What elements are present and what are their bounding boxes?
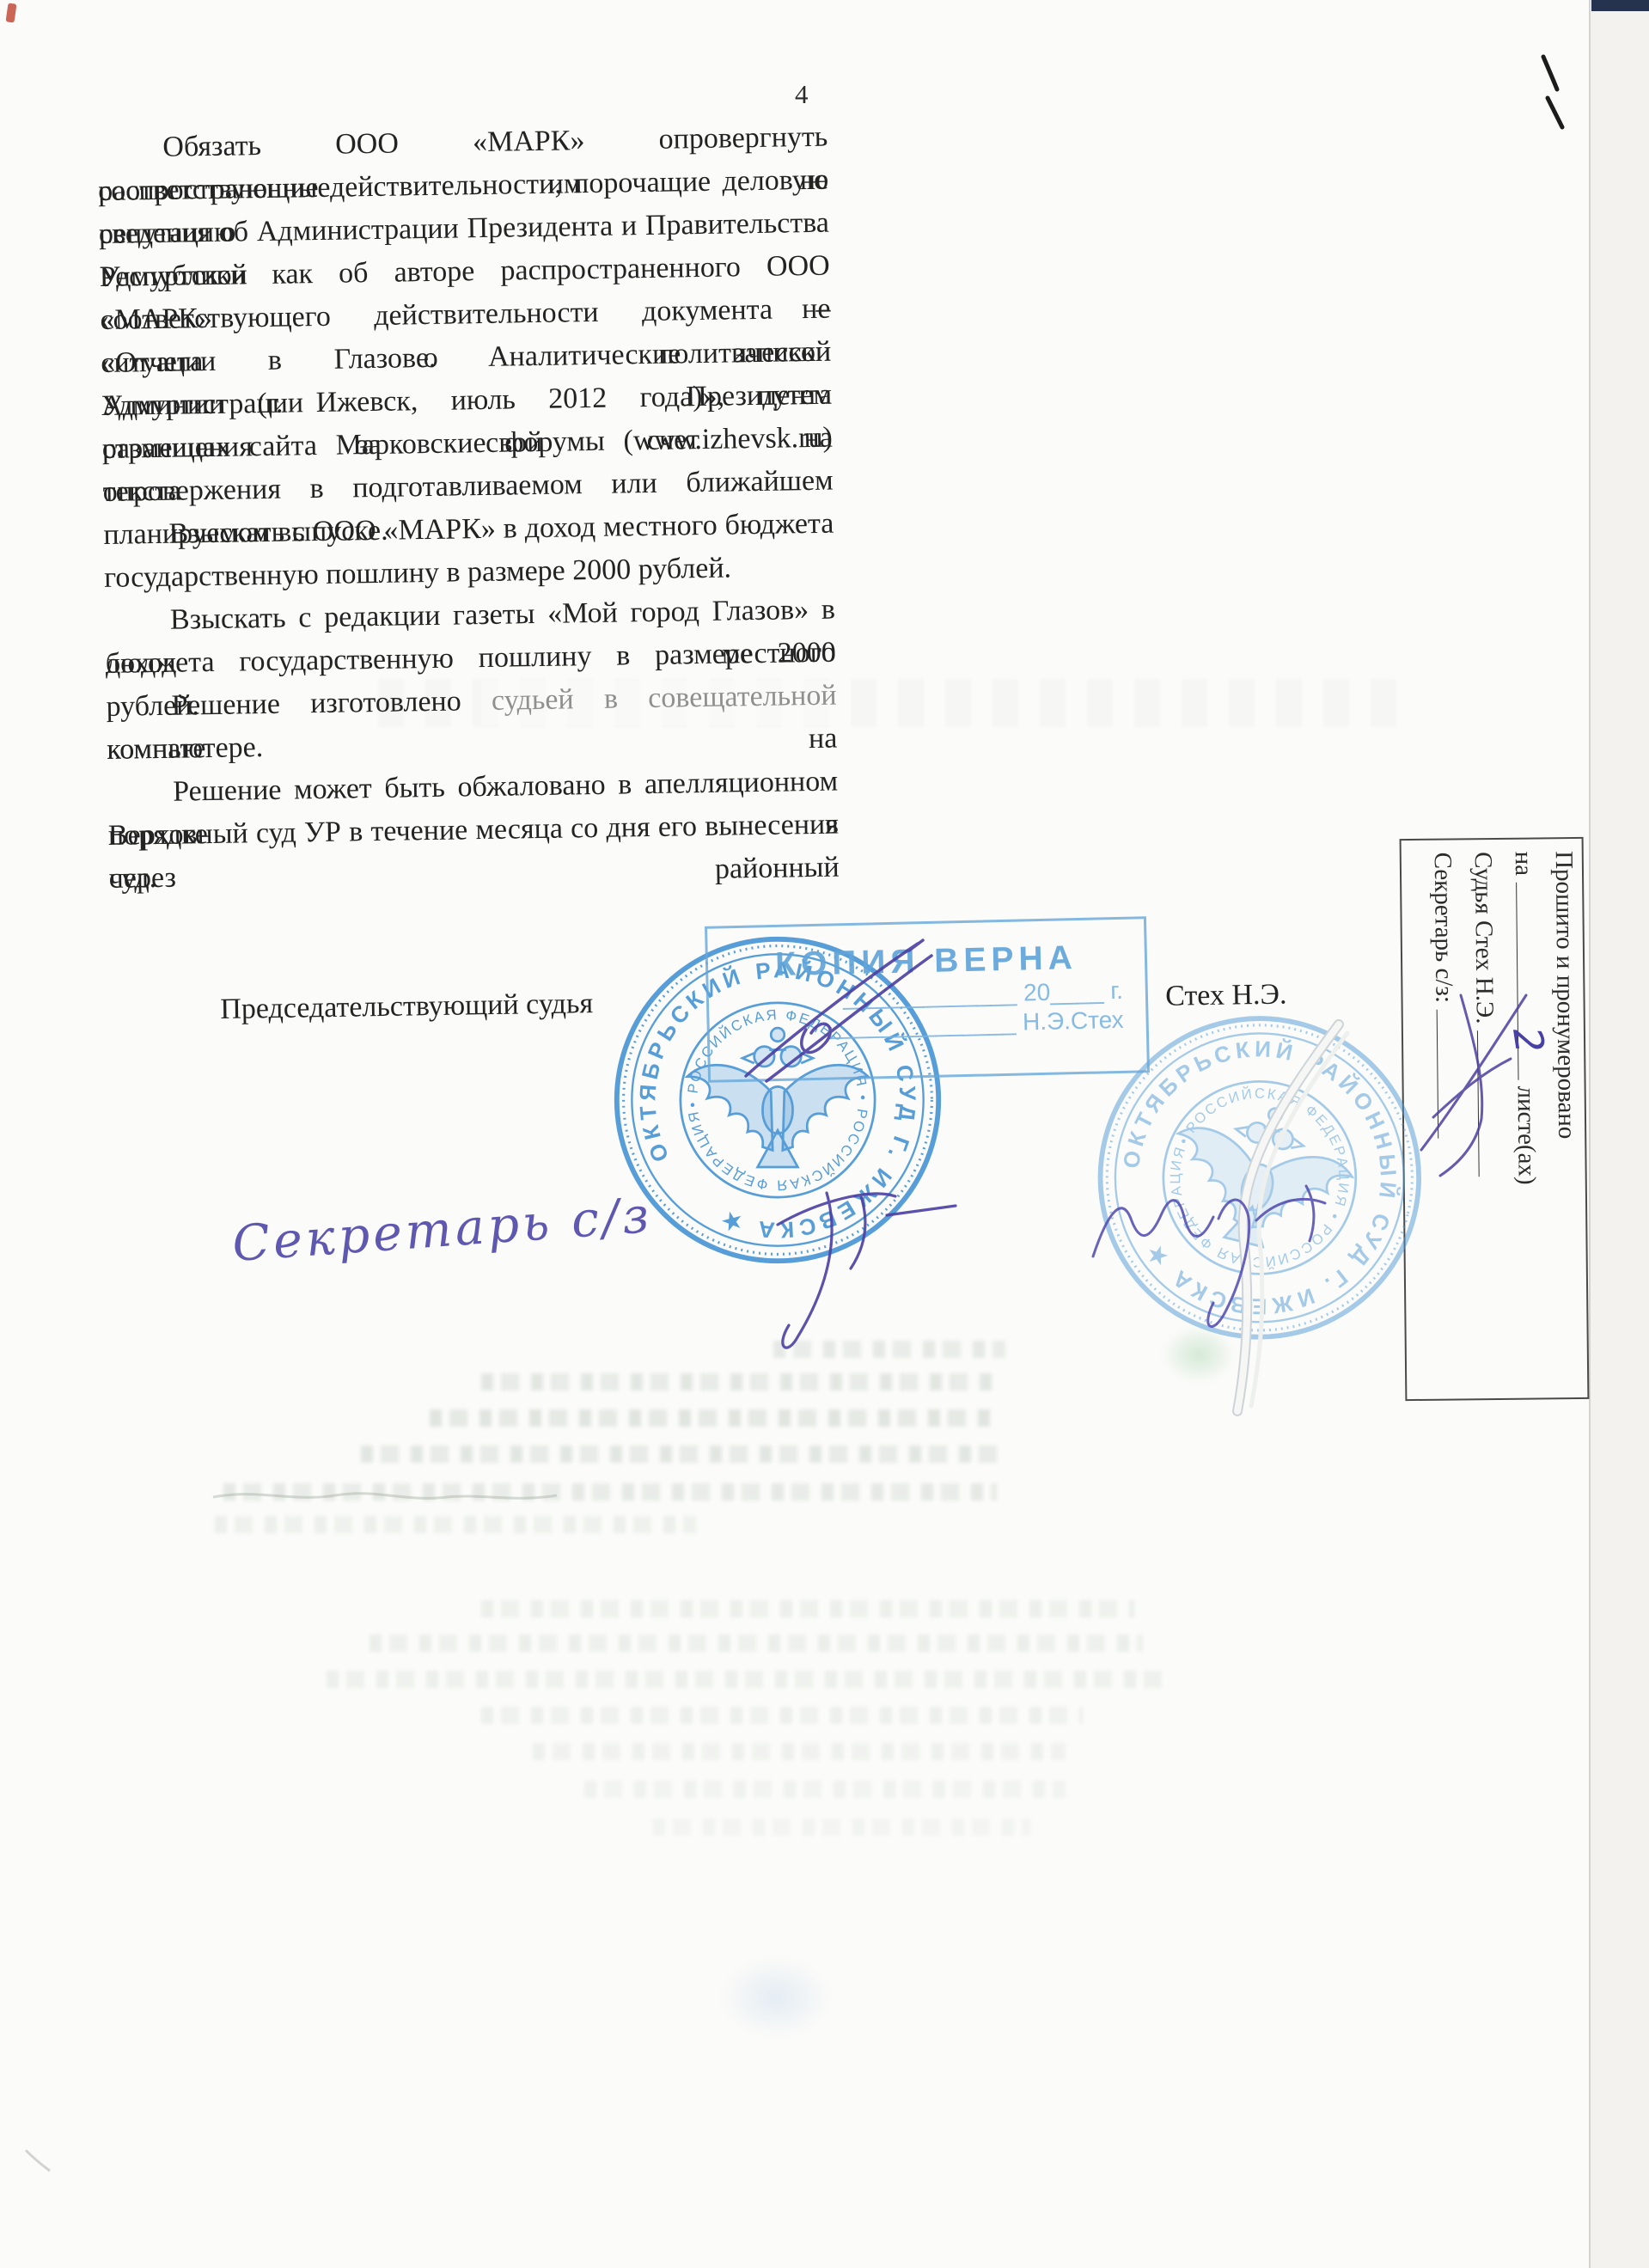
binding-line-1: Прошито и пронумеровано <box>1543 851 1590 1409</box>
bleedthrough-row <box>481 1373 997 1391</box>
svg-text:• РОССИЙСКАЯ ФЕДЕРАЦИЯ • РОССИ: • РОССИЙСКАЯ ФЕДЕРАЦИЯ • РОССИЙСКАЯ ФЕДЕ… <box>1137 1055 1382 1300</box>
body-text: Обязать ООО «МАРК» опровергнуть распрост… <box>97 116 840 901</box>
seal-inner-ring-text: • РОССИЙСКАЯ ФЕДЕРАЦИЯ • РОССИЙСКАЯ ФЕДЕ… <box>1137 1055 1382 1300</box>
bottom-left-mark <box>26 2150 50 2171</box>
red-ink-mark <box>6 3 17 22</box>
page-number: 4 <box>795 79 809 110</box>
bleedthrough-row <box>361 1446 997 1463</box>
judge-signature-blank <box>1477 1030 1505 1176</box>
binding-line-3: Судья Стех Н.Э. <box>1463 852 1509 1410</box>
bleedthrough-squiggle <box>213 1494 557 1499</box>
bleedthrough-row <box>223 1483 997 1501</box>
blue-smudge <box>720 1956 832 2039</box>
bleedthrough-row <box>481 1600 1134 1617</box>
svg-text:ОКТЯБРЬСКИЙ РАЙОННЫЙ СУД Г.: ОКТЯБРЬСКИЙ РАЙОННЫЙ СУД Г. ИЖЕВСКА ★ <box>1108 1026 1411 1330</box>
bleedthrough-row <box>327 1671 1169 1688</box>
judge-name: Стех Н.Э. <box>1165 979 1287 1013</box>
bleedthrough-row <box>430 1409 997 1427</box>
binding-line-2: на листе(ах) 2 <box>1503 851 1549 1409</box>
secretary-signature <box>778 1193 956 1348</box>
bleedthrough-row <box>533 1743 1066 1760</box>
scan-corner-bar <box>1591 0 1649 11</box>
pen-marks <box>1543 57 1562 127</box>
seal-ring-text: ОКТЯБРЬСКИЙ РАЙОННЫЙ СУД Г. ИЖЕВСКА ★ <box>1108 1026 1411 1330</box>
secretary-handwritten-label: Секретарь с/з <box>230 1187 654 1273</box>
copy-verna-stamp: КОПИЯ ВЕРНА _____________ 20____ г. ____… <box>705 916 1150 1083</box>
witness-signature <box>1093 1186 1325 1327</box>
green-smudge <box>1162 1325 1236 1384</box>
bleedthrough-row <box>773 1341 1005 1358</box>
binding-attestation-text: Прошито и пронумеровано на листе(ах) 2 С… <box>1402 839 1595 1423</box>
bleedthrough-row <box>584 1781 1066 1798</box>
judge-label: Председательствующий судья <box>220 987 593 1025</box>
binding-line-4: Секретарь с/з: <box>1422 852 1469 1410</box>
binding-attestation-box: Прошито и пронумеровано на листе(ах) 2 С… <box>1400 837 1590 1401</box>
faded-print-patch <box>481 681 851 725</box>
binding-thread <box>1237 1024 1347 1411</box>
bleedthrough-row <box>215 1516 696 1533</box>
double-headed-eagle-icon <box>1157 1087 1364 1264</box>
page-edge-strip <box>1591 0 1649 2268</box>
bleedthrough-row <box>369 1635 1143 1652</box>
bleedthrough-row <box>481 1707 1083 1724</box>
secretary-signature-blank <box>1437 1009 1465 1138</box>
bleedthrough-row <box>653 1819 1031 1836</box>
